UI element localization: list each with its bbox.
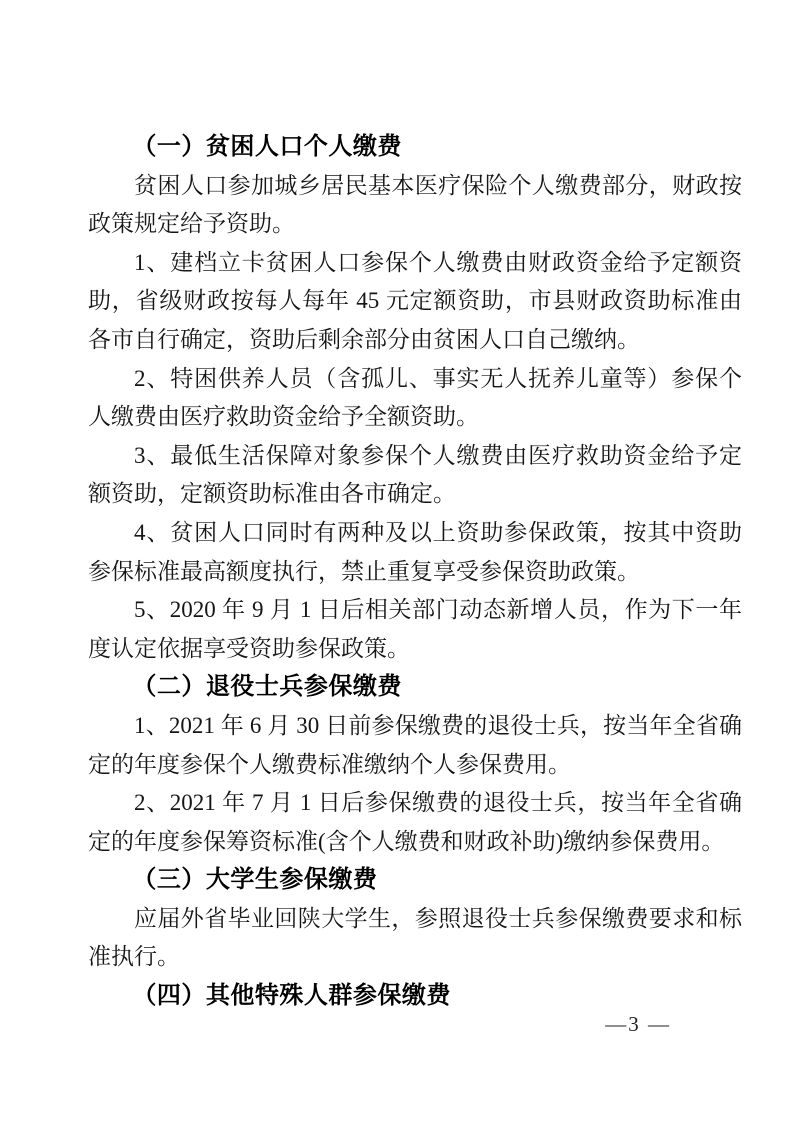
body-paragraph: 1、建档立卡贫困人口参保个人缴费由财政资金给予定额资助，省级财政按每人每年 45… (88, 244, 742, 360)
page-number: —3 — (605, 1012, 671, 1036)
body-paragraph: 1、2021 年 6 月 30 日前参保缴费的退役士兵，按当年全省确定的年度参保… (88, 707, 742, 784)
section-heading-4: （四）其他特殊人群参保缴费 (88, 977, 742, 1016)
body-paragraph: 2、特困供养人员（含孤儿、事实无人抚养儿童等）参保个人缴费由医疗救助资金给予全额… (88, 360, 742, 437)
document-content: （一）贫困人口个人缴费 贫困人口参加城乡居民基本医疗保险个人缴费部分，财政按政策… (88, 128, 742, 1016)
body-paragraph: 应届外省毕业回陕大学生，参照退役士兵参保缴费要求和标准执行。 (88, 900, 742, 977)
body-paragraph: 2、2021 年 7 月 1 日后参保缴费的退役士兵，按当年全省确定的年度参保筹… (88, 784, 742, 861)
document-page: （一）贫困人口个人缴费 贫困人口参加城乡居民基本医疗保险个人缴费部分，财政按政策… (0, 0, 793, 1122)
body-paragraph: 贫困人口参加城乡居民基本医疗保险个人缴费部分，财政按政策规定给予资助。 (88, 167, 742, 244)
section-heading-2: （二）退役士兵参保缴费 (88, 668, 742, 707)
section-heading-1: （一）贫困人口个人缴费 (88, 128, 742, 167)
body-paragraph: 4、贫困人口同时有两种及以上资助参保政策，按其中资助参保标准最高额度执行，禁止重… (88, 514, 742, 591)
section-heading-3: （三）大学生参保缴费 (88, 861, 742, 900)
body-paragraph: 3、最低生活保障对象参保个人缴费由医疗救助资金给予定额资助，定额资助标准由各市确… (88, 437, 742, 514)
body-paragraph: 5、2020 年 9 月 1 日后相关部门动态新增人员，作为下一年度认定依据享受… (88, 591, 742, 668)
